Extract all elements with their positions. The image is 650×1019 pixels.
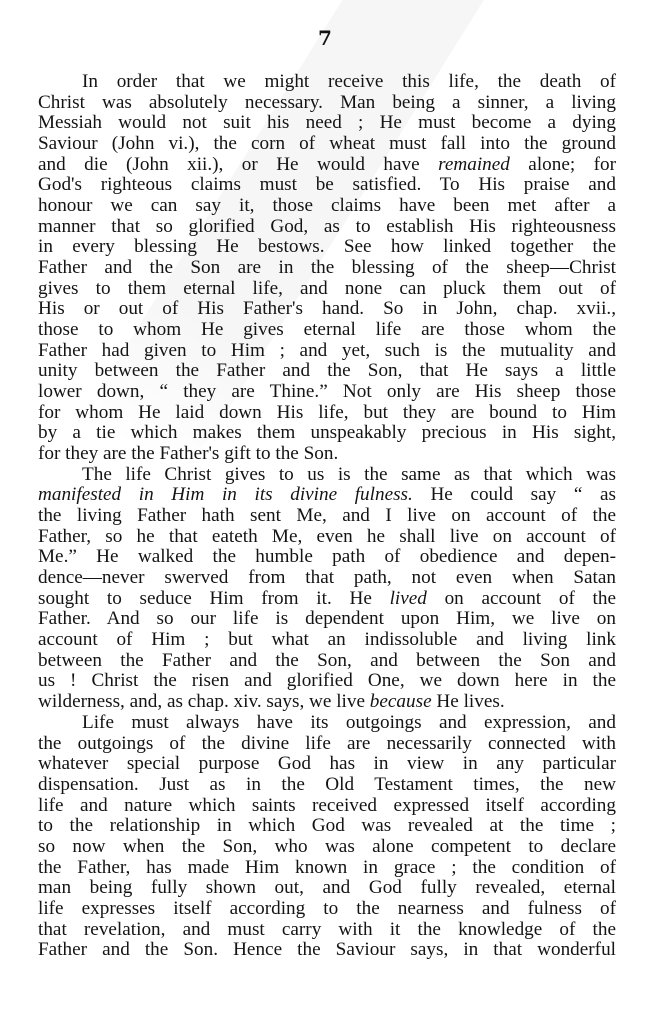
text-line: man being fully shown out, and God fully… (38, 878, 616, 899)
text-line: sought to seduce Him from it. He lived o… (38, 589, 616, 610)
text-line: that revelation, and must carry with it … (38, 920, 616, 941)
text-line: Father and the Son. Hence the Saviour sa… (38, 940, 616, 961)
text-line: Father. And so our life is dependent upo… (38, 609, 616, 630)
text-line: manifested in Him in its divine fulness.… (38, 485, 616, 506)
italic-emphasis: remained (438, 154, 510, 175)
text-line: lower down, “ they are Thine.” Not only … (38, 382, 616, 403)
text-line: God's righteous claims must be satisfied… (38, 175, 616, 196)
text-line: between the Father and the Son, and betw… (38, 651, 616, 672)
page-number: 7 (0, 26, 650, 50)
text-line: and die (John xii.), or He would have re… (38, 155, 616, 176)
body-text: In order that we might receive this life… (38, 72, 616, 961)
document-page: 7 In order that we might receive this li… (0, 0, 650, 1019)
italic-emphasis: lived (390, 588, 427, 609)
text-line: so now when the Son, who was alone compe… (38, 837, 616, 858)
text-line: Father and the Son are in the blessing o… (38, 258, 616, 279)
text-line: life and nature which saints received ex… (38, 796, 616, 817)
text-line: dence—never swerved from that path, not … (38, 568, 616, 589)
text-line: by a tie which makes them unspeakably pr… (38, 423, 616, 444)
text-line: wilderness, and, as chap. xiv. says, we … (38, 692, 616, 713)
text-line: Christ was absolutely necessary. Man bei… (38, 93, 616, 114)
text-line: Messiah would not suit his need ; He mus… (38, 113, 616, 134)
text-line: us ! Christ the risen and glorified One,… (38, 671, 616, 692)
text-line: the living Father hath sent Me, and I li… (38, 506, 616, 527)
text-line: His or out of His Father's hand. So in J… (38, 299, 616, 320)
text-line: in every blessing He bestows. See how li… (38, 237, 616, 258)
text-line: life expresses itself according to the n… (38, 899, 616, 920)
text-line: honour we can say it, those claims have … (38, 196, 616, 217)
text-line: manner that so glorified God, as to esta… (38, 217, 616, 238)
text-line: Father, so he that eateth Me, even he sh… (38, 527, 616, 548)
text-line: account of Him ; but what an indissolubl… (38, 630, 616, 651)
text-line: for whom He laid down His life, but they… (38, 403, 616, 424)
text-line: dispensation. Just as in the Old Testame… (38, 775, 616, 796)
italic-emphasis: manifested in Him in its divine fulness. (38, 484, 413, 505)
text-line: for they are the Father's gift to the So… (38, 444, 616, 465)
text-line: the outgoings of the divine life are nec… (38, 734, 616, 755)
text-line: Me.” He walked the humble path of obedie… (38, 547, 616, 568)
text-line: those to whom He gives eternal life are … (38, 320, 616, 341)
text-line: In order that we might receive this life… (38, 72, 616, 93)
text-line: The life Christ gives to us is the same … (38, 465, 616, 486)
text-line: to the relationship in which God was rev… (38, 816, 616, 837)
text-line: Saviour (John vi.), the corn of wheat mu… (38, 134, 616, 155)
text-line: Life must always have its outgoings and … (38, 713, 616, 734)
text-line: the Father, has made Him known in grace … (38, 858, 616, 879)
italic-emphasis: because (370, 691, 432, 712)
text-line: whatever special purpose God has in view… (38, 754, 616, 775)
text-line: gives to them eternal life, and none can… (38, 279, 616, 300)
text-line: Father had given to Him ; and yet, such … (38, 341, 616, 362)
text-line: unity between the Father and the Son, th… (38, 361, 616, 382)
